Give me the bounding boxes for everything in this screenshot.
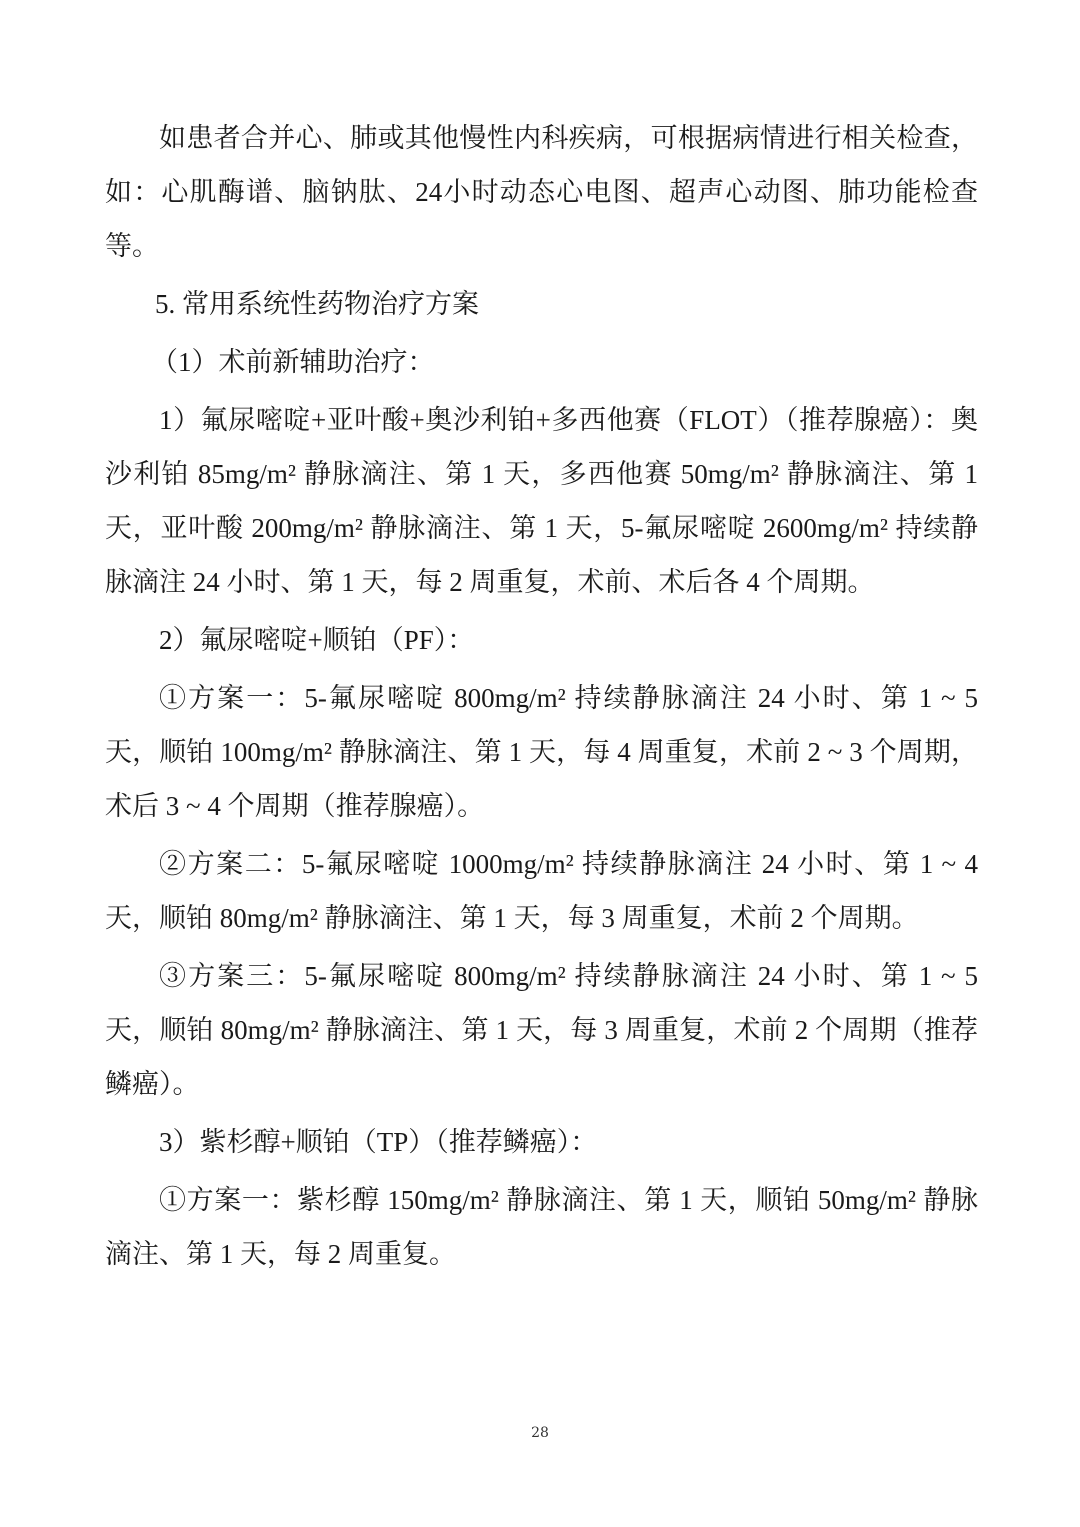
subsection-heading-neoadjuvant: （1）术前新辅助治疗： — [105, 335, 978, 389]
regimen-pf-option-2: ②方案二：5-氟尿嘧啶 1000mg/m² 持续静脉滴注 24 小时、第 1 ~… — [105, 837, 978, 945]
section-heading-systemic-therapy: 5. 常用系统性药物治疗方案 — [105, 277, 978, 331]
regimen-pf-option-1: ①方案一：5-氟尿嘧啶 800mg/m² 持续静脉滴注 24 小时、第 1 ~ … — [105, 671, 978, 833]
page-number: 28 — [0, 1425, 1080, 1441]
regimen-pf-title: 2）氟尿嘧啶+顺铂（PF）： — [105, 613, 978, 667]
regimen-flot-title: 1）氟尿嘧啶+亚叶酸+奥沙利铂+多西他赛（FLOT）（推荐腺癌）： — [159, 405, 951, 435]
regimen-tp-option-1: ①方案一：紫杉醇 150mg/m² 静脉滴注、第 1 天，顺铂 50mg/m² … — [105, 1173, 978, 1281]
regimen-flot: 1）氟尿嘧啶+亚叶酸+奥沙利铂+多西他赛（FLOT）（推荐腺癌）：奥沙利铂 85… — [105, 393, 978, 609]
paragraph-comorbidity-exams: 如患者合并心、肺或其他慢性内科疾病，可根据病情进行相关检查，如：心肌酶谱、脑钠肽… — [105, 111, 978, 273]
document-page: 如患者合并心、肺或其他慢性内科疾病，可根据病情进行相关检查，如：心肌酶谱、脑钠肽… — [105, 111, 978, 1281]
regimen-pf-option-3: ③方案三：5-氟尿嘧啶 800mg/m² 持续静脉滴注 24 小时、第 1 ~ … — [105, 949, 978, 1111]
regimen-tp-title: 3）紫杉醇+顺铂（TP）（推荐鳞癌）： — [105, 1115, 978, 1169]
